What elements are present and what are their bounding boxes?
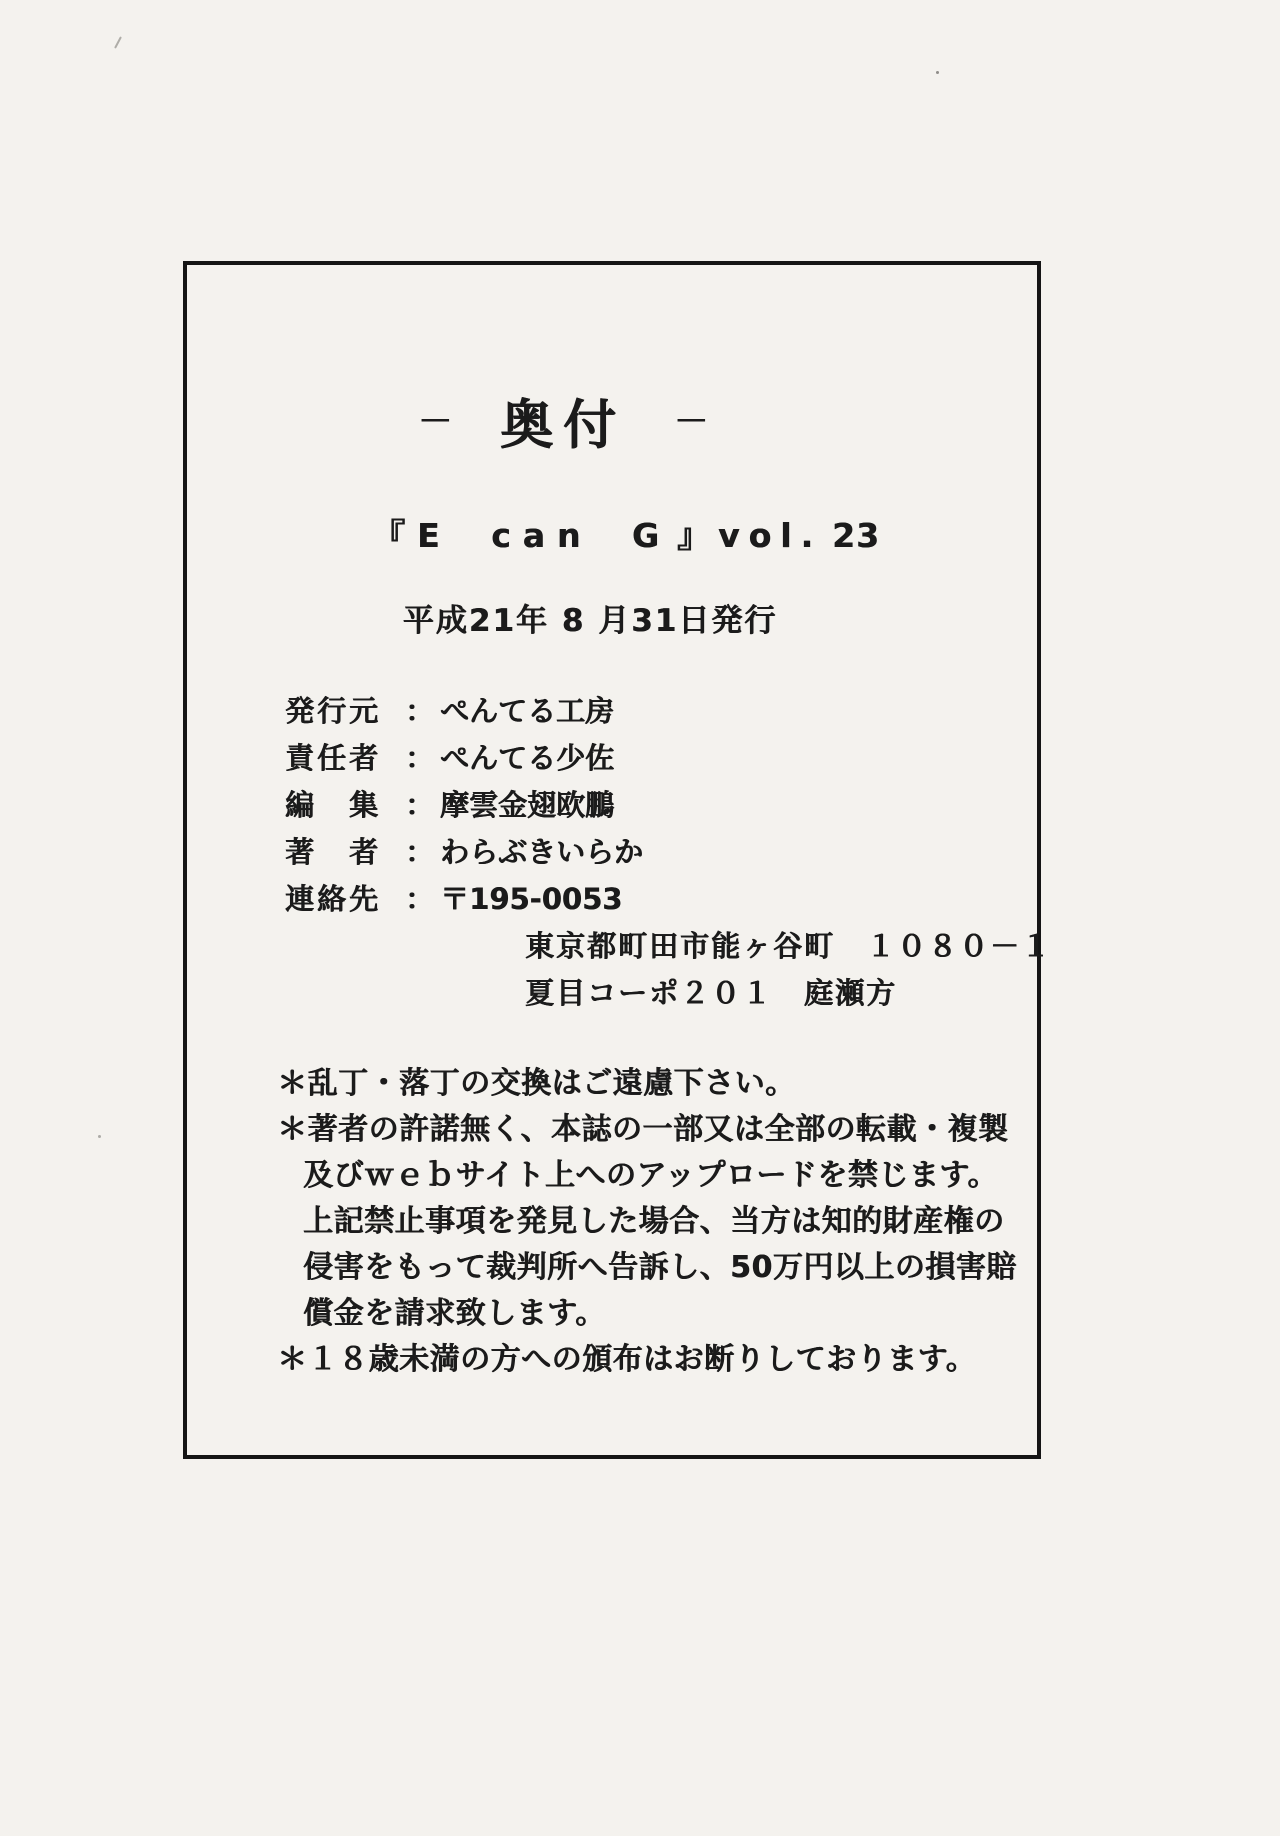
info-value: 〒195-0053 [440, 882, 622, 916]
scan-speck [114, 36, 122, 48]
info-separator: ： [405, 788, 434, 822]
title-dash-left: － [418, 402, 452, 442]
note-line: 上記禁止事項を発見した場合、当方は知的財産権の [187, 1199, 1037, 1245]
page-title: －奥付－ [138, 399, 988, 452]
info-row-author: 著 者：わらぶきいらか [285, 829, 1037, 876]
address-line: 東京都町田市能ヶ谷町 １０８０－１ [285, 923, 1037, 970]
info-separator: ： [405, 741, 434, 775]
title-text: 奥付 [500, 395, 626, 456]
info-separator: ： [405, 694, 434, 728]
address-line: 夏目コーポ２０１ 庭瀬方 [285, 970, 1037, 1017]
info-label: 連絡先 [285, 876, 405, 923]
vol-number: 23 [832, 516, 880, 555]
info-value: ぺんてる工房 [440, 694, 614, 728]
info-separator: ： [405, 882, 434, 916]
info-value: わらぶきいらか [440, 835, 643, 869]
work-name: E can G [417, 516, 671, 555]
note-line: ＊著者の許諾無く、本誌の一部又は全部の転載・複製 [187, 1107, 1037, 1153]
info-row-editor: 編 集：摩雲金翅欧鵬 [285, 782, 1037, 829]
note-line: ＊乱丁・落丁の交換はご遠慮下さい。 [187, 1061, 1037, 1107]
publication-date: 平成21年 8 月31日発行 [165, 604, 1015, 638]
note-line: 及びｗｅｂサイト上へのアップロードを禁じます。 [187, 1153, 1037, 1199]
info-label: 著 者 [285, 829, 405, 876]
notes-block: ＊乱丁・落丁の交換はご遠慮下さい。 ＊著者の許諾無く、本誌の一部又は全部の転載・… [187, 1061, 1037, 1383]
info-row-contact: 連絡先：〒195-0053 [285, 876, 1037, 923]
title-dash-right: － [674, 402, 708, 442]
open-bracket: 『 [372, 516, 411, 555]
info-label: 発行元 [285, 688, 405, 735]
volume-line: 『E can G』vol.23 [201, 518, 1051, 554]
note-line: ＊１８歳未満の方への頒布はお断りしております。 [187, 1337, 1037, 1383]
info-row-responsible: 責任者：ぺんてる少佐 [285, 735, 1037, 782]
info-label: 責任者 [285, 735, 405, 782]
info-value: 摩雲金翅欧鵬 [440, 788, 614, 822]
publication-info: 発行元：ぺんてる工房 責任者：ぺんてる少佐 編 集：摩雲金翅欧鵬 著 者：わらぶ… [187, 688, 1037, 1017]
info-value: ぺんてる少佐 [440, 741, 614, 775]
colophon-box: －奥付－ 『E can G』vol.23 平成21年 8 月31日発行 発行元：… [183, 261, 1041, 1459]
scan-speck [936, 71, 939, 74]
vol-label: vol. [718, 516, 822, 555]
close-bracket: 』 [677, 516, 716, 555]
scanned-page: －奥付－ 『E can G』vol.23 平成21年 8 月31日発行 発行元：… [0, 0, 1280, 1836]
scan-speck [98, 1135, 101, 1138]
info-label: 編 集 [285, 782, 405, 829]
info-separator: ： [405, 835, 434, 869]
info-row-publisher: 発行元：ぺんてる工房 [285, 688, 1037, 735]
note-line: 償金を請求致します。 [187, 1291, 1037, 1337]
note-line: 侵害をもって裁判所へ告訴し、50万円以上の損害賠 [187, 1245, 1037, 1291]
